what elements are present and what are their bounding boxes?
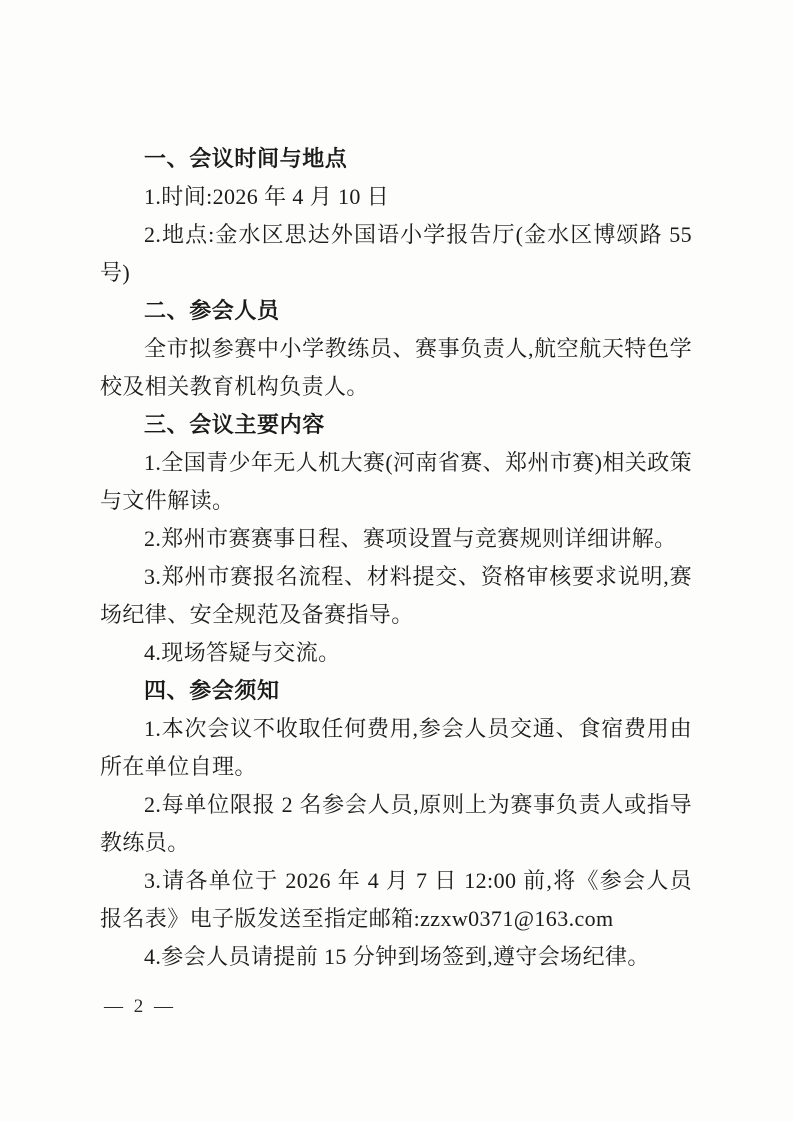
section-4-paragraph-4: 4.参会人员请提前 15 分钟到场签到,遵守会场纪律。 xyxy=(100,938,692,976)
document-page: 一、会议时间与地点 1.时间:2026 年 4 月 10 日 2.地点:金水区思… xyxy=(0,0,793,1121)
section-4-heading: 四、参会须知 xyxy=(100,672,692,710)
section-3-paragraph-4: 4.现场答疑与交流。 xyxy=(100,634,692,672)
section-4-paragraph-3: 3.请各单位于 2026 年 4 月 7 日 12:00 前,将《参会人员报名表… xyxy=(100,862,692,938)
section-1-heading: 一、会议时间与地点 xyxy=(100,140,692,178)
page-number: — 2 — xyxy=(104,996,176,1018)
section-3-paragraph-1: 1.全国青少年无人机大赛(河南省赛、郑州市赛)相关政策与文件解读。 xyxy=(100,444,692,520)
section-1-paragraph-time: 1.时间:2026 年 4 月 10 日 xyxy=(100,178,692,216)
section-3-paragraph-2: 2.郑州市赛赛事日程、赛项设置与竞赛规则详细讲解。 xyxy=(100,520,692,558)
section-4-paragraph-2: 2.每单位限报 2 名参会人员,原则上为赛事负责人或指导教练员。 xyxy=(100,786,692,862)
section-2-heading: 二、参会人员 xyxy=(100,292,692,330)
document-body: 一、会议时间与地点 1.时间:2026 年 4 月 10 日 2.地点:金水区思… xyxy=(100,140,692,976)
section-2-paragraph-attendees: 全市拟参赛中小学教练员、赛事负责人,航空航天特色学校及相关教育机构负责人。 xyxy=(100,330,692,406)
section-4-paragraph-1: 1.本次会议不收取任何费用,参会人员交通、食宿费用由所在单位自理。 xyxy=(100,710,692,786)
section-1-paragraph-location: 2.地点:金水区思达外国语小学报告厅(金水区博颂路 55 号) xyxy=(100,216,692,292)
section-3-paragraph-3: 3.郑州市赛报名流程、材料提交、资格审核要求说明,赛场纪律、安全规范及备赛指导。 xyxy=(100,558,692,634)
section-3-heading: 三、会议主要内容 xyxy=(100,406,692,444)
